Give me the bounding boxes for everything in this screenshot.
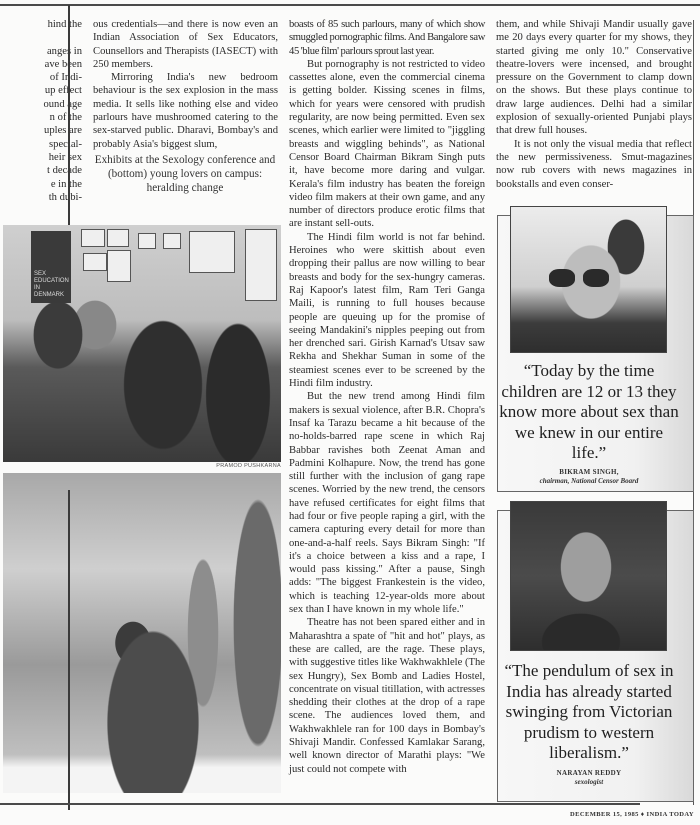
top-rule	[0, 4, 700, 6]
paragraph: But the new trend among Hindi film maker…	[289, 390, 485, 616]
photo-caption: Exhibits at the Sexology conference and …	[90, 153, 280, 195]
fragment-line: t decade	[2, 164, 82, 177]
left-column-fragment: hind the anges in ave been of Indi- up e…	[2, 18, 82, 204]
page-footer: DECEMBER 15, 1985 ♦ INDIA TODAY	[570, 811, 694, 818]
paragraph: ous credentials—and there is now even an…	[93, 18, 278, 71]
fragment-line: anges in	[2, 45, 82, 58]
fragment-line: e in the	[2, 178, 82, 191]
photo-sexology-exhibits: SEX EDUCATION IN DENMARK	[3, 225, 281, 462]
paragraph: It is not only the visual media that ref…	[496, 138, 692, 191]
portrait-narayan-reddy	[510, 501, 667, 651]
fragment-line: hind the	[2, 18, 82, 31]
fragment-line: ave been	[2, 58, 82, 71]
glasses-icon	[549, 269, 611, 287]
fragment-line: n of the	[2, 111, 82, 124]
paragraph: Mirroring India's new bedroom behaviour …	[93, 71, 278, 151]
article-column-2: boasts of 85 such parlours, many of whic…	[289, 18, 485, 776]
paragraph: But pornography is not restricted to vid…	[289, 58, 485, 231]
fragment-line: up effect	[2, 84, 82, 97]
attribution-name: BIKRAM SINGH,	[498, 468, 680, 477]
fragment-line: special-	[2, 138, 82, 151]
fragment-line: uples are	[2, 124, 82, 137]
paragraph: Theatre has not been spared either and i…	[289, 616, 485, 776]
paragraph: The Hindi film world is not far behind. …	[289, 231, 485, 391]
article-column-3: them, and while Shivaji Mandir usually g…	[496, 18, 692, 191]
portrait-bikram-singh	[510, 206, 667, 353]
paragraph: them, and while Shivaji Mandir usually g…	[496, 18, 692, 138]
attribution-title: sexologist	[498, 778, 680, 787]
page-fold-line	[68, 490, 70, 810]
fragment-line	[2, 31, 82, 44]
fragment-line: th dubi-	[2, 191, 82, 204]
fragment-line: heir sex	[2, 151, 82, 164]
bottom-rule	[0, 803, 640, 805]
paragraph: boasts of 85 such parlours, many of whic…	[289, 18, 485, 58]
pullquote-text: “The pendulum of sex in India has alread…	[498, 661, 680, 764]
photo-credit: PRAMOD PUSHKARNA	[205, 463, 281, 469]
exhibit-sign: SEX EDUCATION IN DENMARK	[31, 231, 71, 303]
photo-young-lovers	[3, 473, 281, 793]
pullquote-attribution: BIKRAM SINGH, chairman, National Censor …	[498, 468, 680, 486]
pullquote-attribution: NARAYAN REDDY sexologist	[498, 769, 680, 787]
attribution-name: NARAYAN REDDY	[498, 769, 680, 778]
attribution-title: chairman, National Censor Board	[498, 477, 680, 486]
pullquote-box-narayan-reddy: “The pendulum of sex in India has alread…	[497, 510, 694, 802]
page-fold-line	[68, 5, 70, 227]
pullquote-text: “Today by the time children are 12 or 13…	[498, 361, 680, 464]
fragment-line: ound age	[2, 98, 82, 111]
pullquote-box-bikram-singh: “Today by the time children are 12 or 13…	[497, 215, 694, 492]
article-column-1: ous credentials—and there is now even an…	[93, 18, 278, 151]
fragment-line: of Indi-	[2, 71, 82, 84]
